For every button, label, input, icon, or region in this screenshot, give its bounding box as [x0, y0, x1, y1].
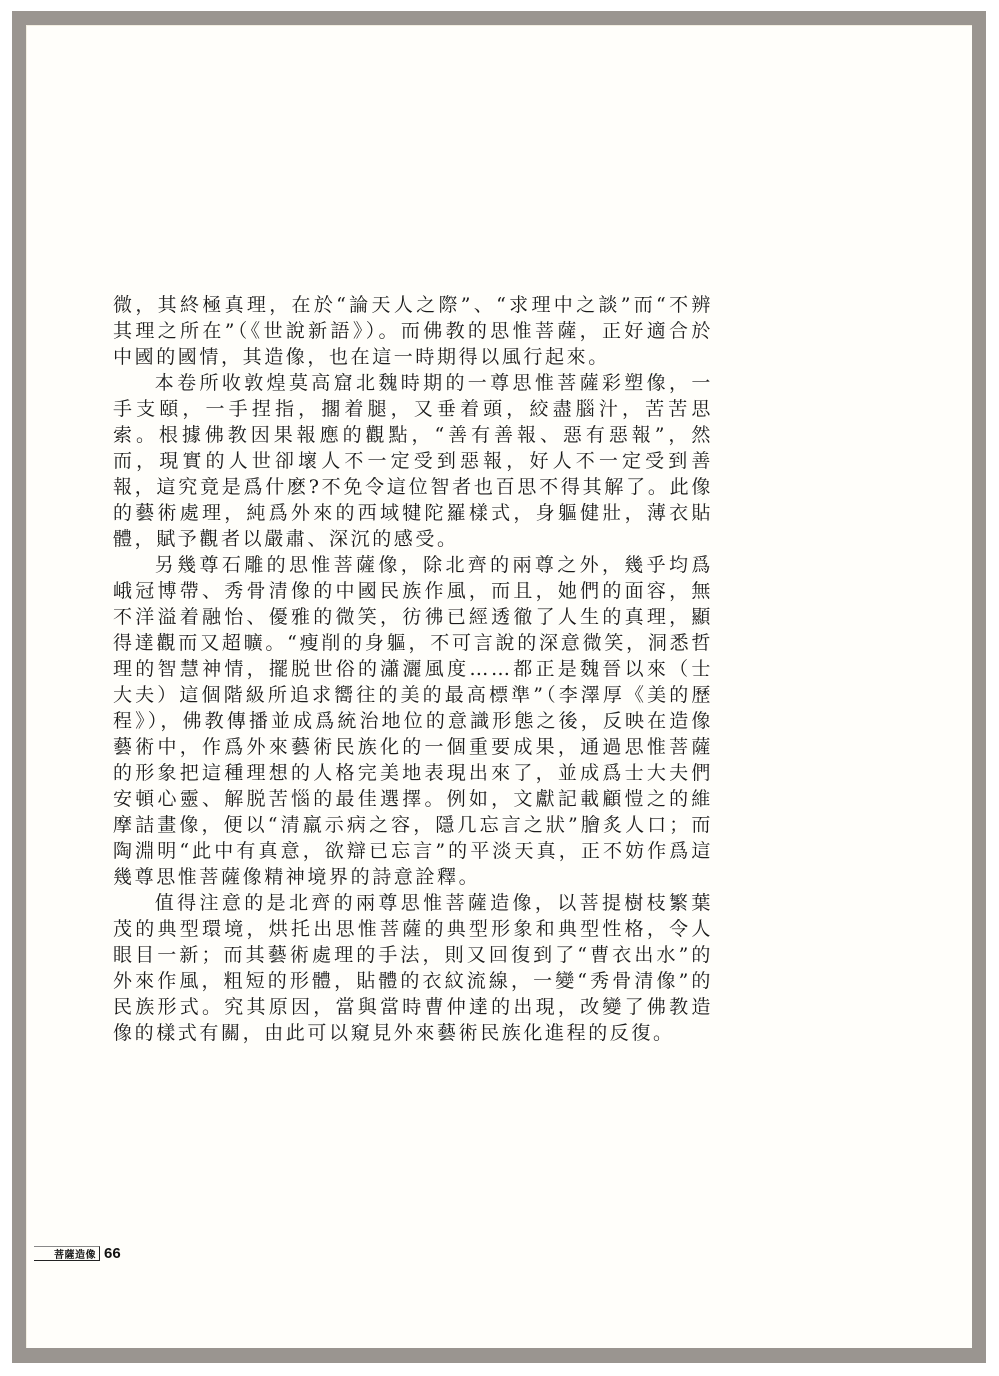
paragraph-3: 另幾尊石雕的思惟菩薩像，除北齊的兩尊之外，幾乎均爲峨冠博帶、秀骨清像的中國民族作…: [113, 552, 713, 890]
section-label-text: 菩薩造像: [54, 1246, 96, 1261]
section-label: 菩薩造像: [34, 1246, 100, 1261]
body-text: 微，其終極真理，在於“論天人之際”、“求理中之談”而“不辨其理之所在”（《世說新…: [113, 292, 713, 1046]
paragraph-1: 微，其終極真理，在於“論天人之際”、“求理中之談”而“不辨其理之所在”（《世說新…: [113, 292, 713, 370]
paragraph-4: 值得注意的是北齊的兩尊思惟菩薩造像，以菩提樹枝繁葉茂的典型環境，烘托出思惟菩薩的…: [113, 890, 713, 1046]
page-number: 66: [104, 1245, 121, 1262]
paragraph-2: 本卷所收敦煌莫高窟北魏時期的一尊思惟菩薩彩塑像，一手支頤，一手捏指，擱着腿，又垂…: [113, 370, 713, 552]
page-footer: 菩薩造像 66: [34, 1244, 121, 1262]
